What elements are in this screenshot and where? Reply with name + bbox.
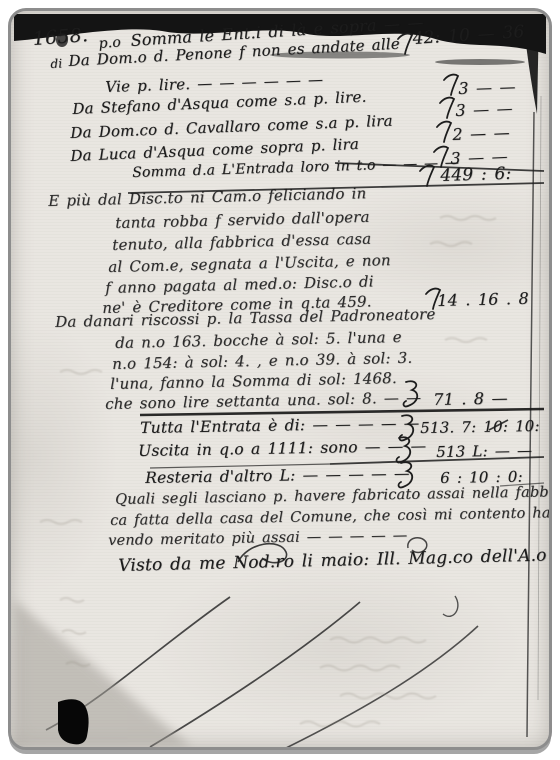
amount-value: 2 — — [452,123,510,144]
entry-prefix: di [50,56,63,71]
amount-value: 6 : 10 : 0: [440,468,523,487]
amount-value: 71 . 8 — [433,388,508,409]
manuscript-page: 1658. p.o Somma le Ent.i di là e sopra —… [8,8,552,750]
amount-value: 513. 7: 10: 10: [420,417,540,437]
amount-value: 513 L: — — [436,441,532,461]
amount-value: 3 — — [458,77,516,98]
amount-value: 3 — — [455,99,513,120]
amount-value: 449 : 6: [440,164,512,186]
year-label: 1658. [32,24,89,50]
amount-value: 14 . 16 . 8 [437,289,529,310]
scan-frame: 1658. p.o Somma le Ent.i di là e sopra —… [8,8,552,750]
